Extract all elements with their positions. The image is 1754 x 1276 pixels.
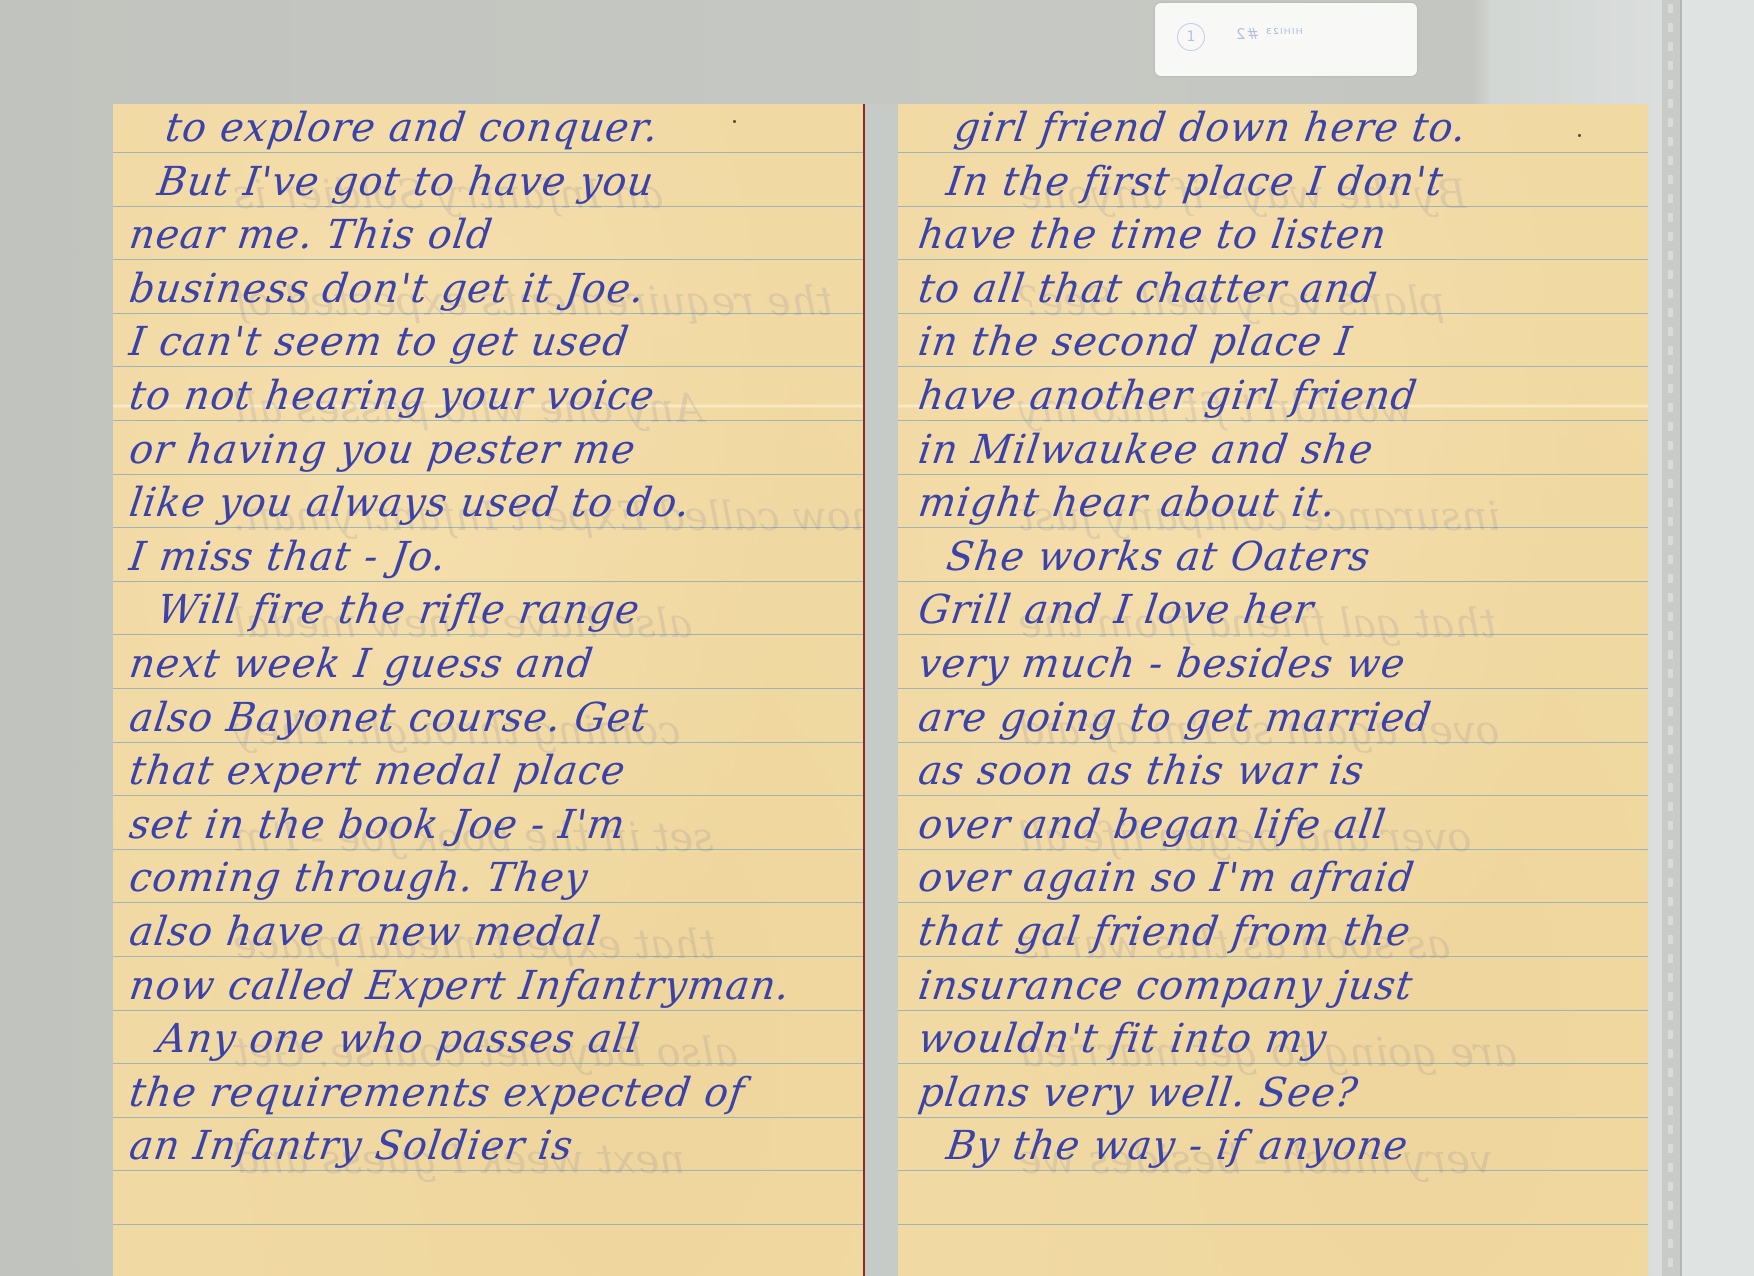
perforation (1668, 42, 1673, 51)
perforation (1668, 1106, 1673, 1115)
perforation (1668, 1182, 1673, 1191)
letter-page-left: an Infantry Soldier isthe requirements e… (113, 104, 865, 1276)
perforation (1668, 916, 1673, 925)
rule-line (113, 902, 863, 903)
perforation (1668, 365, 1673, 374)
archive-label: 1 ᴴᴵᴴᴵ²³ #2 (1155, 3, 1417, 76)
handwritten-line: over and began life all (916, 805, 1389, 845)
handwritten-line: I miss that - Jo. (127, 537, 449, 577)
handwritten-line: But I've got to have you (155, 162, 656, 202)
handwritten-line: near me. This old (127, 215, 495, 255)
handwritten-line: plans very well. See? (916, 1073, 1361, 1113)
rule-line (113, 1117, 863, 1118)
perforation (1668, 346, 1673, 355)
handwritten-line: insurance company just (916, 966, 1416, 1006)
perforation (1668, 859, 1673, 868)
perforation (1668, 175, 1673, 184)
handwritten-line: have the time to listen (916, 215, 1389, 255)
handwritten-line: in Milwaukee and she (916, 430, 1376, 470)
handwritten-line: also have a new medal (127, 912, 603, 952)
perforation (1668, 1049, 1673, 1058)
perforation (1668, 498, 1673, 507)
perforation (1668, 1239, 1673, 1248)
rule-line (113, 1224, 863, 1225)
handwritten-line: coming through. They (127, 858, 591, 898)
handwritten-line: like you always used to do. (127, 483, 693, 523)
rule-line (898, 1010, 1648, 1011)
perforation (1668, 517, 1673, 526)
perforation (1668, 479, 1673, 488)
perforation (1668, 555, 1673, 564)
perforation (1668, 612, 1673, 621)
handwritten-line: that gal friend from the (916, 912, 1414, 952)
perforation (1668, 783, 1673, 792)
perforation (1668, 897, 1673, 906)
rule-line (898, 152, 1648, 153)
handwritten-line: now called Expert Infantryman. (127, 966, 793, 1006)
perforation (1668, 992, 1673, 1001)
perforation (1668, 935, 1673, 944)
handwritten-line: in the second place I (916, 322, 1355, 362)
perforation (1668, 441, 1673, 450)
handwritten-line: or having you pester me (127, 430, 638, 470)
perforation (1668, 308, 1673, 317)
perforation (1668, 4, 1673, 13)
perforation (1668, 707, 1673, 716)
handwritten-line: are going to get married (916, 698, 1434, 738)
perforation (1668, 821, 1673, 830)
handwritten-line: to all that chatter and (916, 269, 1380, 309)
perforation (1668, 840, 1673, 849)
perforation (1668, 973, 1673, 982)
perforation (1668, 688, 1673, 697)
rule-line (898, 688, 1648, 689)
page-gutter (865, 104, 898, 1276)
handwritten-line: next week I guess and (127, 644, 596, 684)
perforation (1668, 1201, 1673, 1210)
rule-line (113, 688, 863, 689)
perforation (1668, 1068, 1673, 1077)
perforation (1668, 232, 1673, 241)
handwritten-line: set in the book Joe - I'm (127, 805, 628, 845)
perforation (1668, 251, 1673, 260)
handwritten-line: girl friend down here to. (952, 108, 1469, 148)
perforation (1668, 61, 1673, 70)
paper-speck (733, 120, 736, 123)
perforation (1668, 802, 1673, 811)
perforation (1668, 1258, 1673, 1267)
perforation (1668, 80, 1673, 89)
perforation (1668, 1030, 1673, 1039)
perforation (1668, 403, 1673, 412)
handwritten-line: In the first place I don't (944, 162, 1446, 202)
handwritten-line: She works at Oaters (944, 537, 1373, 577)
handwritten-line: an Infantry Soldier is (127, 1126, 576, 1166)
rule-line (898, 1224, 1648, 1225)
perforation (1668, 954, 1673, 963)
perforation (1668, 327, 1673, 336)
perforation (1668, 1087, 1673, 1096)
rule-line (113, 366, 863, 367)
perforation (1668, 1144, 1673, 1153)
label-text: ᴴᴵᴴᴵ²³ #2 (1235, 25, 1303, 43)
perforation (1668, 384, 1673, 393)
perforation (1668, 574, 1673, 583)
handwritten-line: have another girl friend (916, 376, 1420, 416)
handwritten-line: business don't get it Joe. (127, 269, 647, 309)
handwritten-line: Any one who passes all (155, 1019, 643, 1059)
rule-line (898, 795, 1648, 796)
rule-line (113, 152, 863, 153)
rule-line (113, 795, 863, 796)
perforation (1668, 726, 1673, 735)
perforation (1668, 99, 1673, 108)
handwritten-line: as soon as this war is (916, 751, 1367, 791)
handwritten-line: might hear about it. (916, 483, 1339, 523)
perforation (1668, 156, 1673, 165)
handwritten-line: to explore and conquer. (163, 108, 661, 148)
handwritten-line: over again so I'm afraid (916, 858, 1417, 898)
handwritten-line: I can't seem to get used (127, 322, 632, 362)
rule-line (113, 1010, 863, 1011)
handwritten-line: wouldn't fit into my (916, 1019, 1330, 1059)
perforation (1668, 878, 1673, 887)
sleeve-margin (1682, 0, 1754, 1276)
perforation (1668, 422, 1673, 431)
rule-line (898, 259, 1648, 260)
rule-line (113, 259, 863, 260)
paper-speck (1578, 134, 1581, 137)
perforation (1668, 1125, 1673, 1134)
perforation (1668, 137, 1673, 146)
rule-line (898, 581, 1648, 582)
perforation (1668, 764, 1673, 773)
handwritten-line: By the way - if anyone (944, 1126, 1411, 1166)
perforation (1668, 213, 1673, 222)
perforation (1668, 23, 1673, 32)
perforation (1668, 1220, 1673, 1229)
handwritten-line: to not hearing your voice (127, 376, 657, 416)
rule-line (113, 474, 863, 475)
circled-number-mark: 1 (1177, 23, 1205, 51)
rule-line (898, 902, 1648, 903)
handwritten-line: very much - besides we (916, 644, 1408, 684)
perforation (1668, 631, 1673, 640)
letter-page-right: By the way - if anyoneplans very well. S… (898, 104, 1648, 1276)
perforation (1668, 593, 1673, 602)
rule-line (113, 581, 863, 582)
rule-line (898, 474, 1648, 475)
perforation (1668, 536, 1673, 545)
rule-line (898, 366, 1648, 367)
handwritten-line: Grill and I love her (916, 590, 1316, 630)
perforation (1668, 118, 1673, 127)
handwritten-line: that expert medal place (127, 751, 628, 791)
perforation (1668, 194, 1673, 203)
perforation (1668, 1163, 1673, 1172)
handwritten-line: Will fire the rifle range (155, 590, 642, 630)
perforation (1668, 745, 1673, 754)
perforation (1668, 270, 1673, 279)
sleeve-perforated-edge (1662, 0, 1682, 1276)
perforation (1668, 289, 1673, 298)
rule-line (898, 1117, 1648, 1118)
perforation (1668, 460, 1673, 469)
handwritten-line: also Bayonet course. Get (127, 698, 651, 738)
perforation (1668, 669, 1673, 678)
handwritten-line: the requirements expected of (127, 1073, 747, 1113)
perforation (1668, 650, 1673, 659)
perforation (1668, 1011, 1673, 1020)
